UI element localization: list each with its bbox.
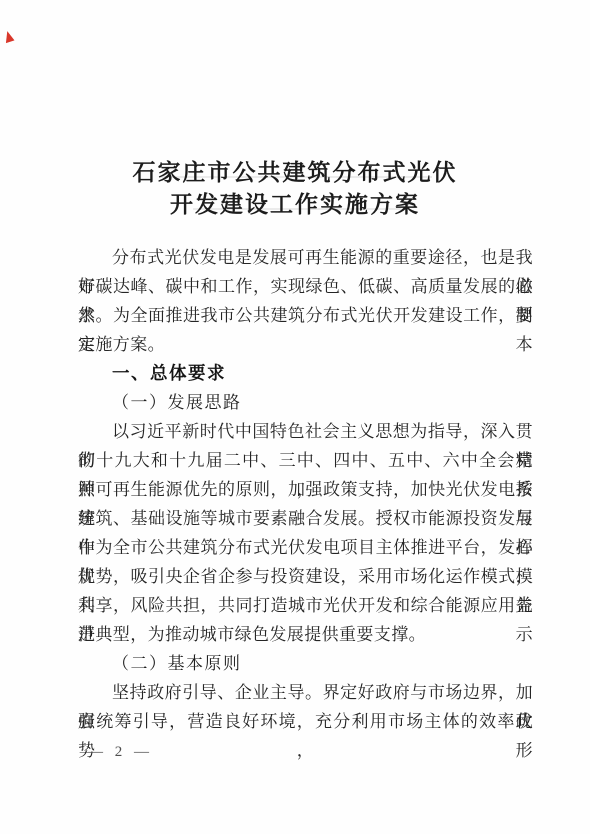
document-body: 分布式光伏发电是发展可再生能源的重要途径，也是我市做 好碳达峰、碳中和工作，实现… xyxy=(78,243,533,736)
section-heading-1: 一、总体要求 xyxy=(78,359,533,388)
title-line-1: 石家庄市公共建筑分布式光伏 xyxy=(0,157,590,189)
document-title: 石家庄市公共建筑分布式光伏 开发建设工作实施方案 xyxy=(0,157,590,221)
paragraph-2-line: 的十九大和十九届二中、三中、四中、五中、六中全会精神，按 xyxy=(78,446,533,475)
paragraph-3-line: 府统筹引导，营造良好环境，充分利用市场主体的效率优势，形 xyxy=(78,707,533,736)
paragraph-intro-line: 分布式光伏发电是发展可再生能源的重要途径，也是我市做 xyxy=(78,243,533,272)
paragraph-2-line: 优势，吸引央企省企参与投资建设，采用市场化运作模式，利益 xyxy=(78,562,533,591)
title-line-2: 开发建设工作实施方案 xyxy=(0,189,590,221)
sub-heading-1: （一）发展思路 xyxy=(78,388,533,417)
sub-heading-2: （二）基本原则 xyxy=(78,649,533,678)
paragraph-intro-line: 好碳达峰、碳中和工作，实现绿色、低碳、高质量发展的必然要 xyxy=(78,272,533,301)
page-number: — 2 — xyxy=(88,742,153,762)
paragraph-2-line: 照可再生能源优先的原则，加强政策支持，加快光伏发电系统与 xyxy=(78,475,533,504)
paragraph-2-line: 作为全市公共建筑分布式光伏发电项目主体推进平台，发挥规模 xyxy=(78,533,533,562)
paragraph-3-line: 坚持政府引导、企业主导。界定好政府与市场边界，加强政 xyxy=(78,678,533,707)
paragraph-2-line: 以习近平新时代中国特色社会主义思想为指导，深入贯彻党 xyxy=(78,417,533,446)
paragraph-2-line: 共享，风险共担，共同打造城市光伏开发和综合能源应用先进示 xyxy=(78,591,533,620)
paragraph-intro-line: 求。为全面推进我市公共建筑分布式光伏开发建设工作，制定本 xyxy=(78,301,533,330)
corner-red-mark xyxy=(3,30,15,43)
paragraph-2-line: 建筑、基础设施等城市要素融合发展。授权市能源投资发展中心 xyxy=(78,504,533,533)
document-page: 石家庄市公共建筑分布式光伏 开发建设工作实施方案 分布式光伏发电是发展可再生能源… xyxy=(0,0,590,834)
